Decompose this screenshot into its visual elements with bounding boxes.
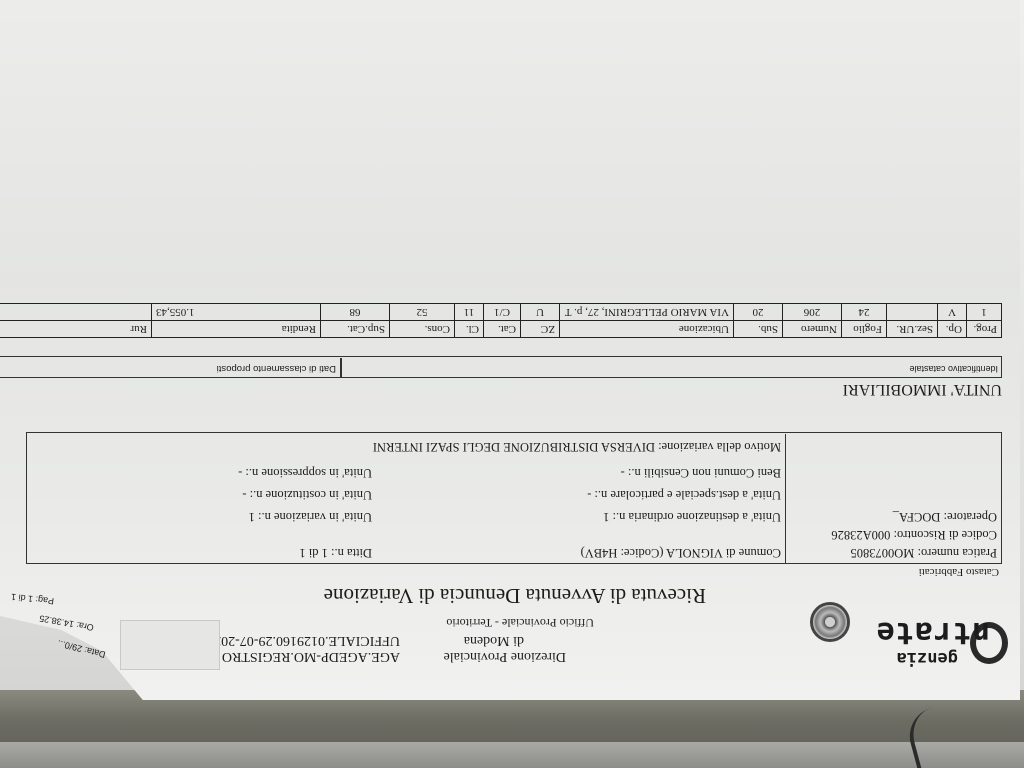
codice-riscontro: Codice di Riscontro: 000A23826: [831, 527, 997, 542]
unita-costituzione: Unita' in costituzione n.: -: [242, 487, 372, 502]
col-ubicazione: Ubicazione: [560, 321, 734, 338]
logo-text-line2: ntrate: [876, 615, 990, 650]
document-title: Ricevuta di Avvenuta Denuncia di Variazi…: [324, 583, 706, 608]
stamp-area: [120, 620, 220, 670]
beni-comuni: Beni Comuni non Censibili n.: -: [621, 465, 781, 480]
office-line2: di Modena: [464, 632, 524, 648]
col-sub: Sub.: [734, 321, 783, 338]
office-line3: Ufficio Provinciale - Territorio: [446, 615, 594, 630]
cell-foglio: 24: [842, 304, 887, 321]
col-rendita: Rendita: [152, 321, 321, 338]
motivo-variazione: Motivo della variazione: DIVERSA DISTRIB…: [373, 439, 781, 454]
col-cl: Cl.: [455, 321, 484, 338]
logo-text-line1: genzia: [897, 648, 958, 668]
table-header-row: Prog. Op. Sez.UR. Foglio Numero Sub. Ubi…: [0, 321, 1002, 338]
table-row: 1 V 24 206 20 VIA MARIO PELLEGRINI, 27, …: [0, 304, 1002, 321]
printed-sheet: genzia ntrate Direzione Provinciale di M…: [0, 0, 1024, 700]
protocol-line2: UFFICIALE.0129160.29-07-2024.U: [194, 632, 401, 648]
cell-supcat: 68: [321, 304, 390, 321]
col-cat: Cat.: [484, 321, 521, 338]
unita-variazione: Unita' in variazione n.: 1: [249, 509, 372, 524]
col-prog: Prog.: [967, 321, 1002, 338]
unita-soppressione: Unita' in soppressione n.: -: [238, 465, 372, 480]
desk-edge: [0, 742, 1024, 768]
ditta: Ditta n.: 1 di 1: [299, 545, 372, 560]
info-divider: [785, 434, 786, 564]
cell-sezur: [887, 304, 938, 321]
cell-prog: 1: [967, 304, 1002, 321]
col-supcat: Sup.Cat.: [321, 321, 390, 338]
document-content-upside-down: genzia ntrate Direzione Provinciale di M…: [0, 0, 1024, 700]
group-header-classamento: Dati di classamento proposti: [217, 363, 336, 374]
col-op: Op.: [938, 321, 967, 338]
operatore: Operatore: DOCFA_: [893, 509, 997, 524]
col-foglio: Foglio: [842, 321, 887, 338]
protocol-line1: AGE.AGEDP-MO.REGISTRO: [222, 648, 400, 664]
col-sezur: Sez.UR.: [887, 321, 938, 338]
cell-rendita: 1.055,43: [152, 304, 321, 321]
comune: Comune di VIGNOLA (Codice: H4BV): [581, 545, 781, 560]
pratica-number: Pratica numero: MO0073805: [850, 545, 997, 560]
time-label: Ora: 14.38.25: [39, 613, 95, 632]
agenzia-entrate-logo: genzia ntrate: [810, 610, 1010, 670]
col-numero: Numero: [783, 321, 842, 338]
units-table: Prog. Op. Sez.UR. Foglio Numero Sub. Ubi…: [0, 303, 1002, 338]
cell-op: V: [938, 304, 967, 321]
republic-emblem-icon: [810, 602, 850, 642]
cell-sub: 20: [734, 304, 783, 321]
col-zc: ZC: [521, 321, 560, 338]
page-label: Pag: 1 di 1: [11, 592, 55, 606]
group-header-bar: [0, 356, 1002, 378]
cell-cl: 11: [455, 304, 484, 321]
col-rur: Rur: [0, 321, 152, 338]
units-title: UNITA' IMMOBILIARI: [843, 380, 1002, 398]
cell-cons: 52: [390, 304, 455, 321]
cell-zc: U: [521, 304, 560, 321]
cell-ubicazione: VIA MARIO PELLEGRINI, 27, p. T: [560, 304, 734, 321]
unita-ordinaria: Unita' a destinazione ordinaria n.: 1: [603, 509, 781, 524]
cell-cat: C/1: [484, 304, 521, 321]
group-header-divider: [340, 358, 342, 378]
office-line1: Direzione Provinciale: [444, 648, 566, 664]
unita-speciale: Unita' a dest.speciale e particolare n.:…: [587, 487, 781, 502]
col-cons: Cons.: [390, 321, 455, 338]
date-label: Data: 29/0...: [56, 638, 106, 660]
cell-numero: 206: [783, 304, 842, 321]
cell-rur: [0, 304, 152, 321]
group-header-identificativo: Identificativo catastale: [909, 364, 998, 374]
section-label: Catasto Fabbricati: [919, 566, 999, 578]
